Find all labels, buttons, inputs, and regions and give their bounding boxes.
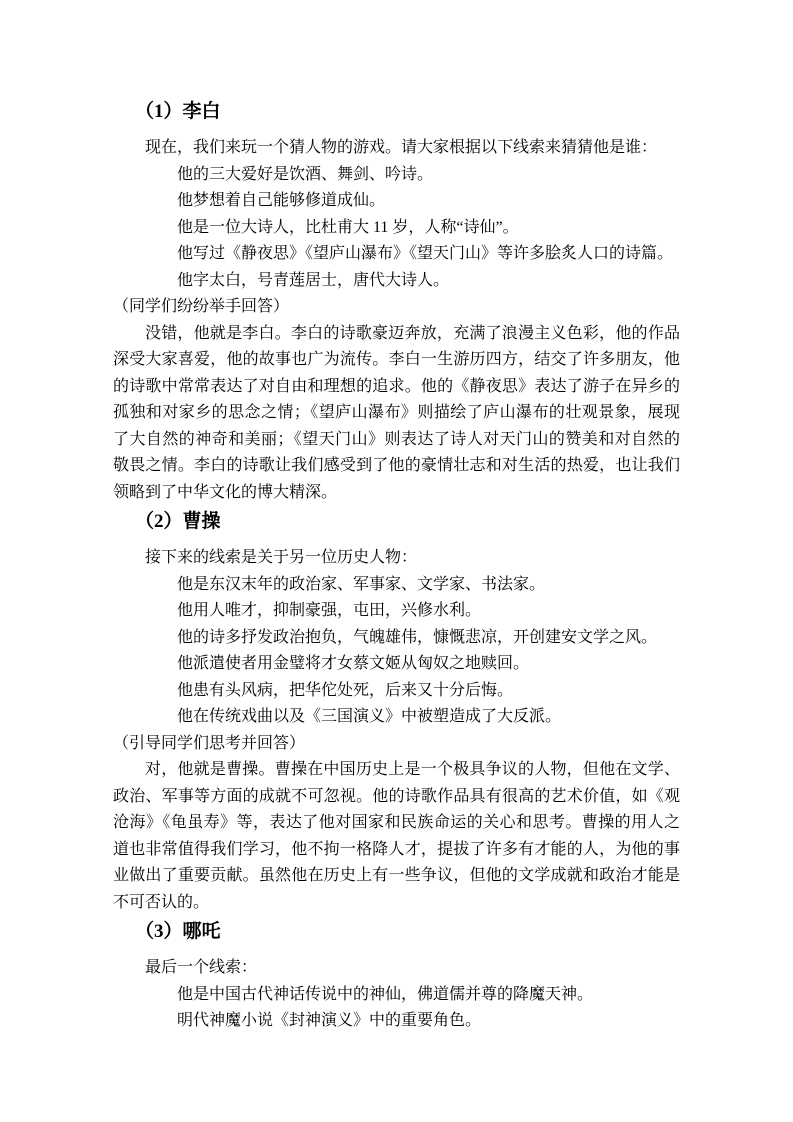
clue-line: 他用人唯才，抑制豪强，屯田，兴修水利。 [113, 598, 680, 625]
clue-line: 他写过《静夜思》《望庐山瀑布》《望天门山》等许多脍炙人口的诗篇。 [113, 241, 680, 268]
clue-line: 他字太白，号青莲居士，唐代大诗人。 [113, 268, 680, 295]
clue-line: 他是东汉末年的政治家、军事家、文学家、书法家。 [113, 572, 680, 599]
section-li-bai: （1）李白 现在，我们来玩一个猜人物的游戏。请大家根据以下线索来猜猜他是谁： 他… [113, 98, 680, 506]
lead-in-paragraph: 现在，我们来玩一个猜人物的游戏。请大家根据以下线索来猜猜他是谁： [113, 135, 680, 162]
body-paragraph: 没错，他就是李白。李白的诗歌豪迈奔放，充满了浪漫主义色彩，他的作品深受大家喜爱，… [113, 321, 680, 507]
clue-line: 他梦想着自己能够修道成仙。 [113, 188, 680, 215]
clue-line: 他是一位大诗人，比杜甫大 11 岁，人称“诗仙”。 [113, 215, 680, 242]
clue-line: 他患有头风病，把华佗处死，后来又十分后悔。 [113, 678, 680, 705]
section-heading-cao-cao: （2）曹操 [113, 508, 680, 536]
clue-line: 明代神魔小说《封神演义》中的重要角色。 [113, 1008, 680, 1035]
body-paragraph: 对，他就是曹操。曹操在中国历史上是一个极具争议的人物，但他在文学、政治、军事等方… [113, 757, 680, 916]
clue-line: 他在传统戏曲以及《三国演义》中被塑造成了大反派。 [113, 704, 680, 731]
section-heading-ne-zha: （3）哪吒 [113, 918, 680, 946]
clue-line: 他的诗多抒发政治抱负，气魄雄伟，慷慨悲凉，开创建安文学之风。 [113, 625, 680, 652]
section-cao-cao: （2）曹操 接下来的线索是关于另一位历史人物： 他是东汉末年的政治家、军事家、文… [113, 508, 680, 916]
lead-in-paragraph: 接下来的线索是关于另一位历史人物： [113, 545, 680, 572]
clue-line: 他派遣使者用金璧将才女蔡文姬从匈奴之地赎回。 [113, 651, 680, 678]
stage-direction: （引导同学们思考并回答） [113, 731, 680, 758]
document-page: （1）李白 现在，我们来玩一个猜人物的游戏。请大家根据以下线索来猜猜他是谁： 他… [0, 0, 793, 1122]
clue-line: 他是中国古代神话传说中的神仙，佛道儒并尊的降魔天神。 [113, 982, 680, 1009]
clue-line: 他的三大爱好是饮酒、舞剑、吟诗。 [113, 162, 680, 189]
lead-in-paragraph: 最后一个线索： [113, 955, 680, 982]
section-ne-zha: （3）哪吒 最后一个线索： 他是中国古代神话传说中的神仙，佛道儒并尊的降魔天神。… [113, 918, 680, 1035]
stage-direction: （同学们纷纷举手回答） [113, 294, 680, 321]
section-heading-li-bai: （1）李白 [113, 98, 680, 126]
